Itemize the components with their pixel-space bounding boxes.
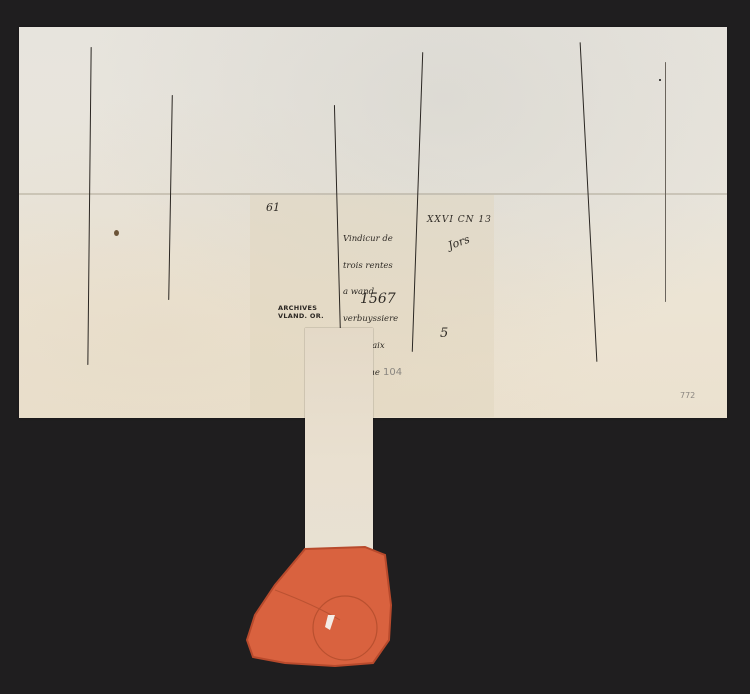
endorsement-line: Vindicur de (343, 235, 398, 244)
vertical-fold (665, 62, 666, 302)
vertical-fold (580, 42, 598, 362)
parchment-seal-tag (305, 328, 373, 558)
mark-5: 5 (440, 327, 448, 341)
pencil-number-772: 772 (680, 391, 695, 400)
ink-blot (114, 230, 119, 236)
wax-seal (245, 545, 393, 667)
ink-dot (659, 79, 661, 81)
reference-code: XXVI CN 13 (427, 216, 492, 225)
endorsement-line: verbuyssiere (343, 315, 398, 324)
folio-number: 61 (266, 202, 280, 214)
vertical-fold (168, 95, 173, 300)
endorsement-line: trois rentes (343, 262, 398, 271)
archives-stamp: ARCHIVES VLAND. OR. (278, 304, 324, 320)
year-1567: 1567 (360, 292, 396, 307)
parchment-document: 61 Vindicur de trois rentes a wand verbu… (19, 27, 727, 418)
vertical-fold (87, 47, 92, 365)
stamp-line: ARCHIVES (278, 304, 324, 312)
pencil-number-104: 104 (383, 367, 402, 378)
stamp-line: VLAND. OR. (278, 312, 324, 320)
horizontal-fold (19, 193, 727, 195)
